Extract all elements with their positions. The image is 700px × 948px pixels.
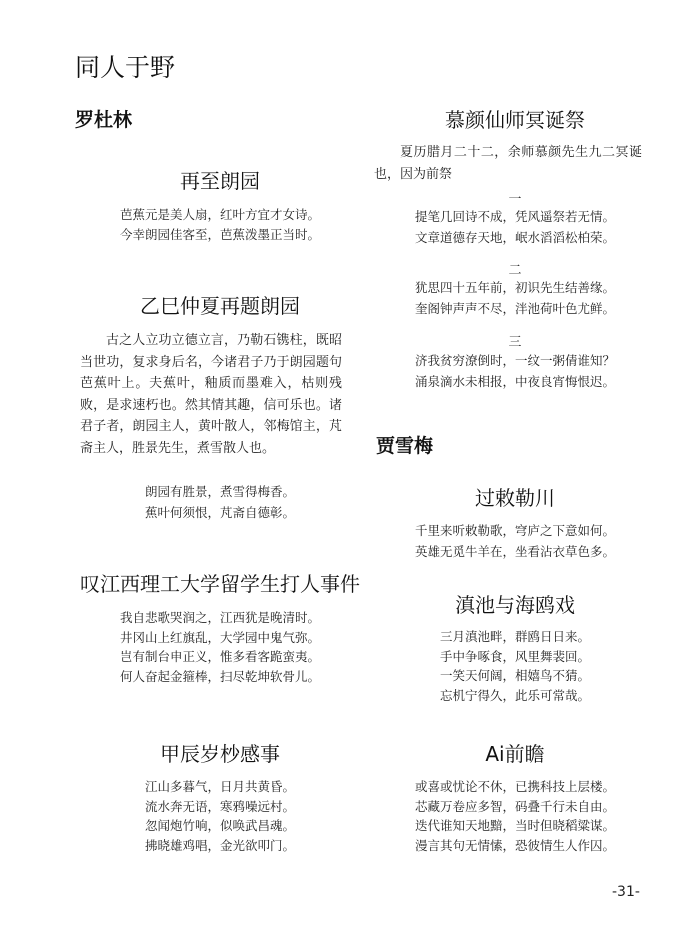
poem-body: 三月滇池畔，群鸥日日来。 手中争啄食，风里舞裴回。 一笑天何阔，相嬉鸟不猜。 忘… [370, 627, 660, 705]
poem-line: 芭蕉元是美人扇，红叶方宜才女诗。 [75, 205, 365, 225]
poem-body: 江山多暮气，日月共黄昏。 流水奔无语，寒鸦噪远村。 忽闻炮竹响，似唤武昌魂。 拂… [75, 777, 365, 855]
poem-title: 过敕勒川 [370, 482, 660, 511]
poem-line: 流水奔无语，寒鸦噪远村。 [75, 797, 365, 817]
poem-preface: 古之人立功立德立言，乃勒石镌柱，既昭当世功，复求身后名，今诸君子乃于朗园题句芭蕉… [80, 330, 342, 459]
poem-line: 忽闻炮竹响，似唤武昌魂。 [75, 816, 365, 836]
poem-title: 叹江西理工大学留学生打人事件 [75, 568, 365, 597]
poem-line: 一笑天何阔，相嬉鸟不猜。 [370, 666, 660, 686]
poem-line: 犹思四十五年前，初识先生结善缘。 [370, 277, 660, 298]
author-name: 贾雪梅 [376, 431, 433, 458]
poem-line: 漫言其句无情愫，恐彼情生人作囚。 [370, 836, 660, 856]
poem-line: 英雄无觅牛羊在，坐看沾衣草色多。 [370, 541, 660, 562]
poem-line: 忘机宁得久，此乐可常哉。 [370, 686, 660, 706]
poem-body: 我自悲歌哭润之，江西犹是晚清时。 井冈山上红旗乱，大学园中鬼气弥。 岂有制台申正… [75, 608, 365, 686]
poem-line: 井冈山上红旗乱，大学园中鬼气弥。 [75, 628, 365, 648]
poem-body: 千里来听敕勒歌，穹庐之下意如何。 英雄无觅牛羊在，坐看沾衣草色多。 [370, 520, 660, 562]
poem-line: 涌泉滴水未相报，中夜良宵悔恨迟。 [370, 371, 660, 392]
part-number: 二 [370, 259, 660, 278]
poem-title: 慕颜仙师冥诞祭 [370, 104, 660, 133]
poem-line: 千里来听敕勒歌，穹庐之下意如何。 [370, 520, 660, 541]
poem-line: 芯藏万卷应多智，码叠千行未自由。 [370, 797, 660, 817]
poem-body: 提笔几回诗不成，凭风遥祭若无情。 文章道德存天地，岷水滔滔松柏荣。 [370, 206, 660, 248]
poem-body: 济我贫穷潦倒时，一纹一粥倩谁知？ 涌泉滴水未相报，中夜良宵悔恨迟。 [370, 350, 660, 392]
poem-line: 迭代谁知天地黯，当时但晓稻粱谋。 [370, 816, 660, 836]
poem-line: 或喜或忧论不休，已携科技上层楼。 [370, 777, 660, 797]
poem-line: 今幸朗园佳客至，芭蕉泼墨正当时。 [75, 225, 365, 245]
poem-title: 滇池与海鸥戏 [370, 589, 660, 618]
poem-line: 朗园有胜景，煮雪得梅香。 [75, 481, 365, 502]
page-title: 同人于野 [75, 48, 175, 84]
poem-line: 手中争啄食，风里舞裴回。 [370, 647, 660, 667]
page-number: -31- [612, 884, 640, 900]
poem-body: 朗园有胜景，煮雪得梅香。 蕉叶何须恨，芃斋自德彰。 [75, 481, 365, 523]
poem-preface: 夏历腊月二十二，余师慕颜先生九二冥诞也，因为前祭 [374, 142, 642, 186]
poem-line: 江山多暮气，日月共黄昏。 [75, 777, 365, 797]
part-number: 一 [370, 188, 660, 207]
poem-line: 三月滇池畔，群鸥日日来。 [370, 627, 660, 647]
poem-title: 乙巳仲夏再题朗园 [75, 290, 365, 319]
poem-body: 芭蕉元是美人扇，红叶方宜才女诗。 今幸朗园佳客至，芭蕉泼墨正当时。 [75, 205, 365, 244]
poem-line: 文章道德存天地，岷水滔滔松柏荣。 [370, 227, 660, 248]
poem-line: 何人奋起金箍棒，扫尽乾坤软骨儿。 [75, 667, 365, 687]
poem-body: 或喜或忧论不休，已携科技上层楼。 芯藏万卷应多智，码叠千行未自由。 迭代谁知天地… [370, 777, 660, 855]
poem-line: 拂晓雄鸡唱，金光欲叩门。 [75, 836, 365, 856]
part-number: 三 [370, 331, 660, 350]
poem-line: 济我贫穷潦倒时，一纹一粥倩谁知？ [370, 350, 660, 371]
poem-line: 提笔几回诗不成，凭风遥祭若无情。 [370, 206, 660, 227]
poem-line: 奎阁钟声声不尽，泮池荷叶色尤鲜。 [370, 298, 660, 319]
poem-title: Ai前瞻 [370, 738, 660, 767]
poem-title: 甲辰岁杪感事 [75, 738, 365, 767]
poem-line: 我自悲歌哭润之，江西犹是晚清时。 [75, 608, 365, 628]
author-name: 罗杜林 [75, 105, 132, 132]
poem-line: 岂有制台申正义，惟多看客跪蛮夷。 [75, 647, 365, 667]
poem-body: 犹思四十五年前，初识先生结善缘。 奎阁钟声声不尽，泮池荷叶色尤鲜。 [370, 277, 660, 319]
poem-title: 再至朗园 [75, 165, 365, 194]
poem-line: 蕉叶何须恨，芃斋自德彰。 [75, 502, 365, 523]
